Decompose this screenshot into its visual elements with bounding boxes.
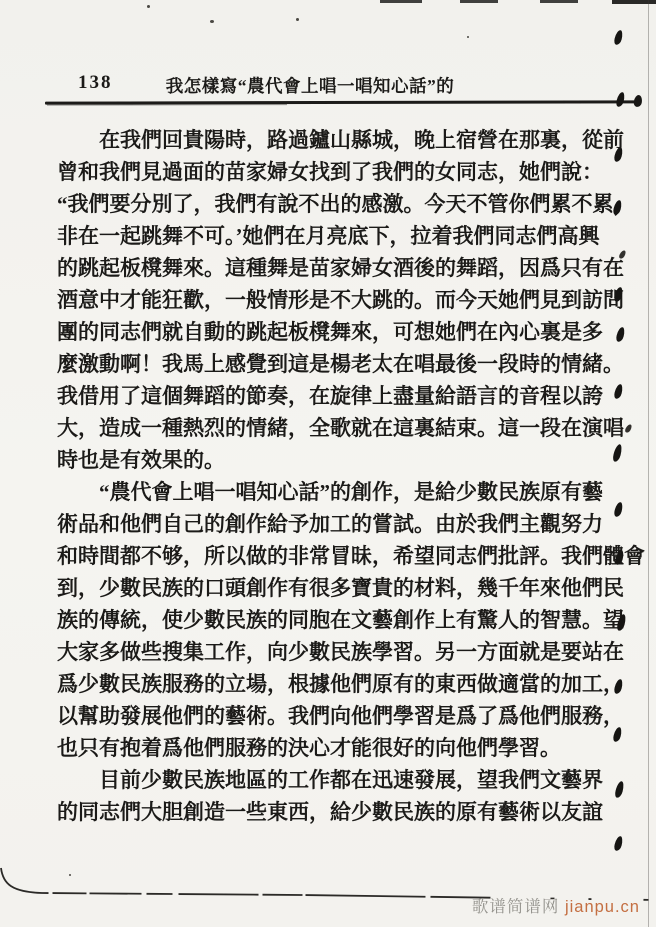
ink-blot	[612, 443, 623, 462]
text-line: 以幫助發展他們的藝術。我們向他們學習是爲了爲他們服務，	[57, 700, 548, 732]
scan-speck	[296, 18, 299, 21]
scanned-book-page: 138 我怎樣寫“農代會上唱一唱知心話”的 在我們回貴陽時，路過鑪山縣城，晚上宿…	[0, 0, 656, 927]
body-text: 在我們回貴陽時，路過鑪山縣城，晚上宿營在那裏，從前 曾和我們見過面的苗家婦女找到…	[57, 124, 548, 828]
ink-blot	[612, 726, 622, 742]
ink-blot	[613, 383, 623, 399]
ink-blot	[613, 835, 623, 851]
text-line: 麼激動啊！我馬上感覺到這是楊老太在唱最後一段時的情緒。	[57, 348, 548, 380]
text-line: 在我們回貴陽時，路過鑪山縣城，晚上宿營在那裏，從前	[57, 124, 548, 156]
text-line: 也只有抱着爲他們服務的決心才能很好的向他們學習。	[57, 732, 548, 764]
paragraph: 在我們回貴陽時，路過鑪山縣城，晚上宿營在那裏，從前 曾和我們見過面的苗家婦女找到…	[57, 124, 548, 476]
text-line: 爲少數民族服務的立場，根據他們原有的東西做適當的加工，	[57, 668, 548, 700]
text-line: “農代會上唱一唱知心話”的創作，是給少數民族原有藝	[57, 476, 548, 508]
text-line: 大，造成一種熱烈的情緒，全歌就在這裏結束。這一段在演唱	[57, 412, 548, 444]
paragraph: “農代會上唱一唱知心話”的創作，是給少數民族原有藝 術品和他們自己的創作給予加工…	[57, 476, 548, 764]
ink-blot	[624, 423, 633, 433]
ink-blot	[613, 501, 623, 517]
watermark-site-name: 歌谱简谱网	[472, 898, 560, 916]
ink-blot	[633, 94, 643, 107]
text-line: 團的同志們就自動的跳起板櫈舞來，可想她們在內心裏是多	[57, 316, 548, 348]
watermark-site-url: jianpu.cn	[565, 898, 640, 916]
scan-edge-top-segment	[380, 0, 422, 3]
paragraph: 目前少數民族地區的工作都在迅速發展，望我們文藝界 的同志們大胆創造一些東西，給少…	[57, 764, 548, 828]
ink-blot	[618, 249, 627, 259]
ink-blot	[613, 29, 623, 45]
text-line: 曾和我們見過面的苗家婦女找到了我們的女同志，她們說：	[57, 156, 548, 188]
text-line: 的跳起板櫈舞來。這種舞是苗家婦女酒後的舞蹈，因爲只有在	[57, 252, 548, 284]
running-header-title: 我怎樣寫“農代會上唱一唱知心話”的	[0, 73, 620, 98]
scan-speck	[210, 20, 214, 23]
text-line: 的同志們大胆創造一些東西，給少數民族的原有藝術以友誼	[57, 796, 548, 828]
scan-edge-top-segment	[540, 0, 578, 3]
scan-speck	[69, 874, 71, 876]
running-header: 138 我怎樣寫“農代會上唱一唱知心話”的	[0, 72, 656, 98]
text-line: 和時間都不够，所以做的非常冒昧，希望同志們批評。我們體會	[57, 540, 548, 572]
text-line: 到，少數民族的口頭創作有很多寶貴的材料，幾千年來他們民	[57, 572, 548, 604]
ink-blot	[615, 326, 625, 342]
ink-blot	[614, 780, 625, 798]
text-line: 時也是有效果的。	[57, 444, 548, 476]
text-line: 我借用了這個舞蹈的節奏，在旋律上盡量給語言的音程以誇	[57, 380, 548, 412]
text-line: “我們要分別了，我們有說不出的感激。今天不管你們累不累，	[57, 188, 548, 220]
text-line: 非在一起跳舞不可。’她們在月亮底下，拉着我們同志們高興	[57, 220, 548, 252]
scan-speck	[147, 5, 150, 8]
header-rule	[45, 100, 637, 104]
text-line: 術品和他們自己的創作給予加工的嘗試。由於我們主觀努力	[57, 508, 548, 540]
scan-edge-right-line	[648, 0, 649, 927]
text-line: 目前少數民族地區的工作都在迅速發展，望我們文藝界	[57, 764, 548, 796]
scan-edge-top-segment	[460, 0, 498, 3]
text-line: 大家多做些搜集工作，向少數民族學習。另一方面就是要站在	[57, 636, 548, 668]
scan-edge-top-segment	[612, 0, 656, 4]
text-line: 族的傳統，使少數民族的同胞在文藝創作上有驚人的智慧。望	[57, 604, 548, 636]
text-line: 酒意中才能狂歡，一般情形是不大跳的。而今天她們見到訪問	[57, 284, 548, 316]
scan-speck	[467, 36, 469, 38]
watermark: 歌谱简谱网 jianpu.cn	[472, 893, 640, 917]
